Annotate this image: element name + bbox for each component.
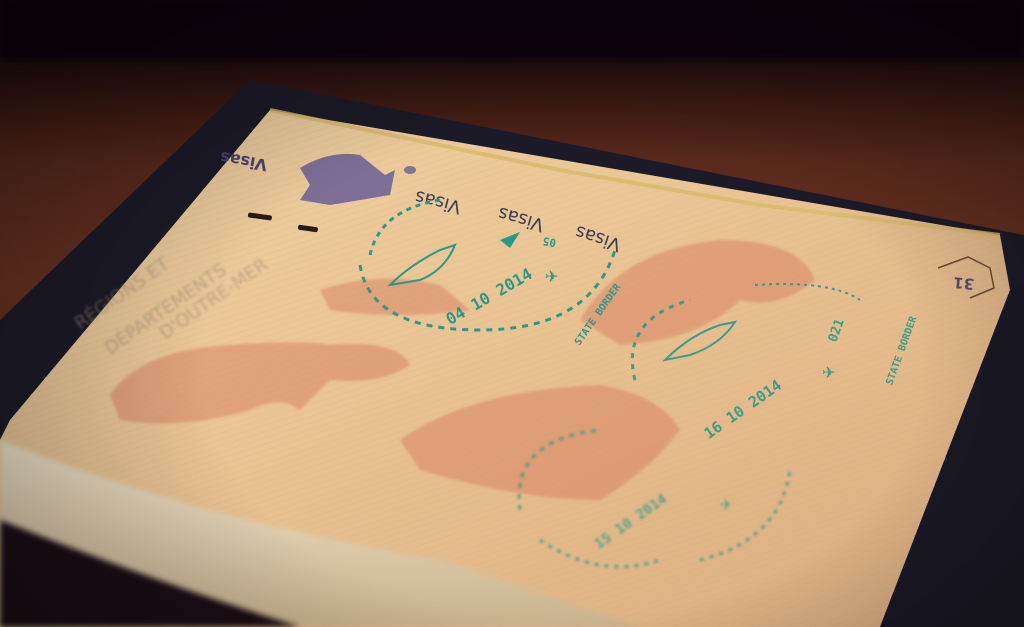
airplane-icon: ✈ <box>822 363 835 382</box>
photo-scene: Visas Visas Visas Visas RÉGIONS ET DÉPAR… <box>0 0 1024 627</box>
airplane-icon: ✈ <box>720 496 733 514</box>
passport-illustration: Visas Visas Visas Visas RÉGIONS ET DÉPAR… <box>0 0 1024 627</box>
page-number: 31 <box>953 273 975 293</box>
airplane-icon: ✈ <box>545 267 558 286</box>
stamp-number: 05 <box>542 234 557 249</box>
